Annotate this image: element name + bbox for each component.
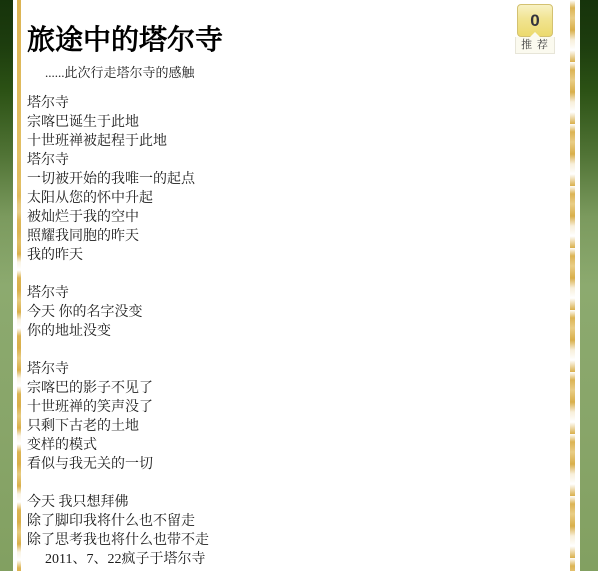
poem-line: 变样的模式 (27, 436, 527, 455)
poem-line: 十世班禅的笑声没了 (27, 398, 527, 417)
notch-up-icon (530, 32, 540, 37)
poem-line: 照耀我同胞的昨天 (27, 227, 527, 246)
poem-line: 我的昨天 (27, 246, 527, 265)
left-green-border-decoration (0, 0, 13, 571)
poem-line: 宗喀巴的影子不见了 (27, 379, 527, 398)
poem-line: 塔尔寺 (27, 284, 527, 303)
poem-line: 今天 你的名字没变 (27, 303, 527, 322)
poem-line: 塔尔寺 (27, 94, 527, 113)
poem-line: 只剩下古老的土地 (27, 417, 527, 436)
recommend-label-bar[interactable]: 推 荐 (515, 37, 555, 54)
poem-line: 看似与我无关的一切 (27, 455, 527, 474)
poem-signature: 2011、7、22疯子于塔尔寺 (27, 550, 527, 569)
poem-line: 宗喀巴诞生于此地 (27, 113, 527, 132)
poem-line-blank (27, 341, 527, 360)
poem: 塔尔寺 宗喀巴诞生于此地 十世班禅被起程于此地 塔尔寺 一切被开始的我唯一的起点… (27, 94, 527, 569)
post-subtitle: ......此次行走塔尔寺的感触 (45, 64, 527, 81)
poem-line: 除了脚印我将什么也不留走 (27, 512, 527, 531)
poem-line: 塔尔寺 (27, 360, 527, 379)
recommend-label[interactable]: 推 荐 (515, 37, 555, 54)
blog-post-page: 旅途中的塔尔寺 ......此次行走塔尔寺的感触 塔尔寺 宗喀巴诞生于此地 十世… (0, 0, 598, 571)
right-gold-brush-stroke (570, 0, 575, 571)
poem-line: 一切被开始的我唯一的起点 (27, 170, 527, 189)
poem-line: 今天 我只想拜佛 (27, 493, 527, 512)
poem-line: 十世班禅被起程于此地 (27, 132, 527, 151)
poem-line-blank (27, 474, 527, 493)
left-gold-brush-stroke (17, 0, 21, 571)
recommend-widget[interactable]: 0 推 荐 (515, 4, 555, 54)
right-green-border-decoration (580, 0, 598, 571)
poem-line: 塔尔寺 (27, 151, 527, 170)
poem-line: 除了思考我也将什么也带不走 (27, 531, 527, 550)
poem-line: 被灿烂于我的空中 (27, 208, 527, 227)
poem-line: 太阳从您的怀中升起 (27, 189, 527, 208)
poem-line-blank (27, 265, 527, 284)
post-title: 旅途中的塔尔寺 (27, 24, 527, 58)
poem-line: 你的地址没变 (27, 322, 527, 341)
post-content: 旅途中的塔尔寺 ......此次行走塔尔寺的感触 塔尔寺 宗喀巴诞生于此地 十世… (27, 0, 527, 569)
